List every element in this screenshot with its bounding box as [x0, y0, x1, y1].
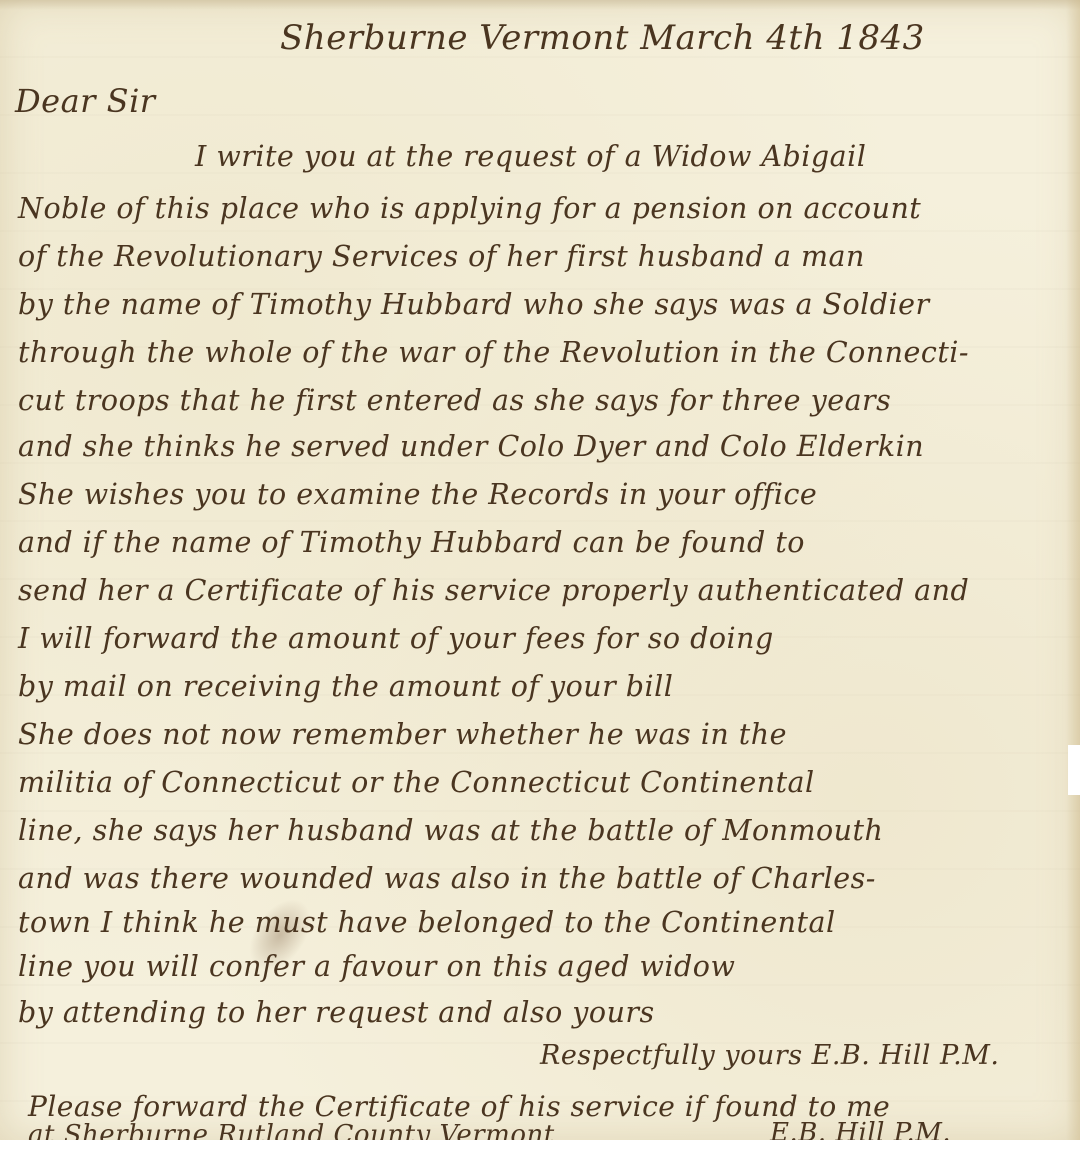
body-line: and she thinks he served under Colo Dyer…: [18, 430, 924, 463]
letter-paper: Sherburne Vermont March 4th 1843 Dear Si…: [0, 0, 1080, 1140]
body-line: I write you at the request of a Widow Ab…: [195, 140, 866, 173]
body-line: She wishes you to examine the Records in…: [18, 478, 817, 511]
paper-tear: [1068, 745, 1080, 795]
body-line: and if the name of Timothy Hubbard can b…: [18, 526, 805, 559]
body-line: send her a Certificate of his service pr…: [18, 574, 969, 607]
body-line: through the whole of the war of the Revo…: [18, 336, 969, 369]
paper-top-edge: [0, 0, 1080, 10]
letter-salutation: Dear Sir: [15, 82, 156, 120]
body-line: of the Revolutionary Services of her fir…: [18, 240, 865, 273]
body-line: and was there wounded was also in the ba…: [18, 862, 876, 895]
body-line: by mail on receiving the amount of your …: [18, 670, 673, 703]
postscript-line: Please forward the Certificate of his se…: [28, 1090, 890, 1123]
body-line: Noble of this place who is applying for …: [18, 192, 921, 225]
body-line: I will forward the amount of your fees f…: [18, 622, 774, 655]
scan-bottom-margin: [0, 1140, 1080, 1150]
body-line: line you will confer a favour on this ag…: [18, 950, 735, 983]
letter-closing-signature: Respectfully yours E.B. Hill P.M.: [540, 1040, 999, 1071]
paper-right-edge: [1066, 0, 1080, 1140]
body-line: line, she says her husband was at the ba…: [18, 814, 883, 847]
body-line: militia of Connecticut or the Connecticu…: [18, 766, 815, 799]
letter-heading: Sherburne Vermont March 4th 1843: [280, 18, 925, 58]
body-line: by attending to her request and also you…: [18, 996, 655, 1029]
body-line: She does not now remember whether he was…: [18, 718, 787, 751]
body-line: cut troops that he first entered as she …: [18, 384, 891, 417]
body-line: town I think he must have belonged to th…: [18, 906, 836, 939]
body-line: by the name of Timothy Hubbard who she s…: [18, 288, 930, 321]
